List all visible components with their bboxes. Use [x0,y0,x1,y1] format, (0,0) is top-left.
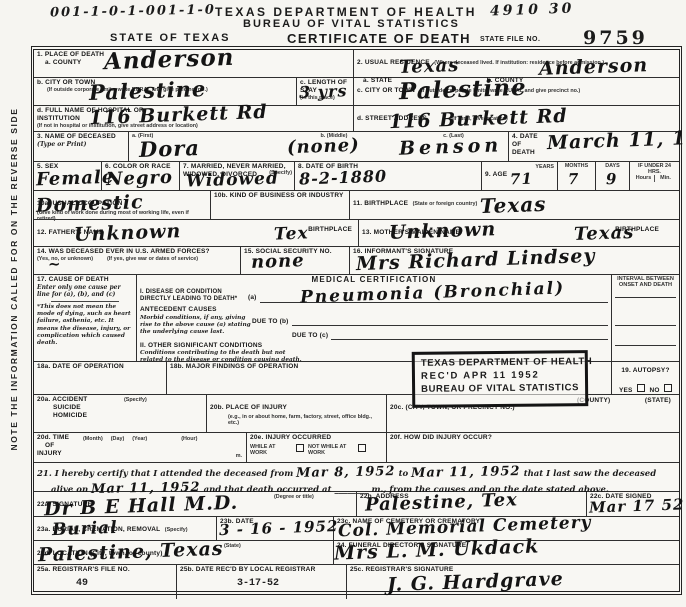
accident-specify-note: (Specify) [124,397,147,403]
place-of-death-block: 1. PLACE OF DEATH a. COUNTY Anderson b. … [34,50,354,132]
line-a-tag: (a) [248,294,257,302]
stamp-line-3: BUREAU OF VITAL STATISTICS [421,382,581,396]
how-injury-occurred-label: 20f. HOW DID INJURY OCCUR? [390,434,676,442]
age-months-value: 7 [568,170,580,188]
father-birthplace-label: BIRTHPLACE [308,226,352,234]
due-to-b-blank [292,317,608,326]
usual-residence-block: 2. USUAL RESIDENCE (Where deceased lived… [354,50,679,132]
age-days-label: DAYS [599,163,626,169]
place-of-injury-label: 20b. PLACE OF INJURY [210,404,287,411]
age-years-value: 71 [510,170,533,189]
injury-month-label: (Month) [83,436,103,457]
date-recd-value: 3-17-52 [237,578,279,589]
father-birthplace-value: Tex [274,223,309,244]
time-of-injury-label3: INJURY [37,450,83,458]
registrar-signature-value: J. G. Hardgrave [387,568,564,596]
certify-text-3: that I last saw the deceased [524,469,656,479]
sex-value: Female [36,167,115,191]
last-name-value: Benson [399,134,503,160]
cause-of-death-label: 17. CAUSE OF DEATH [37,276,133,284]
injury-hour-label: (Hour) [181,436,197,457]
autopsy-label: 19. AUTOPSY? [615,367,676,375]
length-of-stay-value: 3 yrs [299,81,348,102]
not-while-at-work-checkbox [358,444,366,452]
county-value: Anderson [104,44,235,76]
autopsy-yes-checkbox [637,384,645,392]
department-title: TEXAS DEPARTMENT OF HEALTH [215,5,477,19]
not-while-at-work-label: NOT WHILE AT WORK [308,444,354,456]
burial-location-state-note: (State) [224,543,241,549]
due-to-c-label: DUE TO (c) [292,332,328,340]
time-of-injury-label2: OF [37,442,83,450]
certify-text-2: to [399,469,409,479]
degree-title-note: (Degree or title) [274,494,314,500]
time-of-injury-label1: 20d. TIME [37,434,83,442]
armed-forces-label: 14. WAS DECEASED EVER IN U.S. ARMED FORC… [37,248,237,256]
other-significant-label: II. OTHER SIGNIFICANT CONDITIONS [140,342,608,350]
interval-line-a [615,297,676,298]
birthplace-value: Texas [480,192,547,218]
birthplace-note: (State or foreign country) [413,201,478,207]
residence-city-value: Palestine [399,74,527,105]
armed-forces-note2: (If yes, give war or dates of service) [107,256,237,262]
date-of-birth-value: 8-2-1880 [299,166,388,188]
age-label: 9. AGE [485,171,507,178]
autopsy-no-checkbox [664,384,672,392]
while-at-work-checkbox [296,444,304,452]
injury-year-label: (Year) [132,436,147,457]
autopsy-no-label: NO [649,387,659,394]
injury-occurred-label: 20e. INJURY OCCURRED [250,434,383,442]
interval-label: INTERVAL BETWEEN ONSET AND DEATH [615,276,676,289]
suicide-label: SUICIDE [37,404,203,412]
burial-value: Burial [52,518,118,540]
age-years-label: YEARS [535,164,554,170]
color-race-value: Negro [106,167,174,190]
age-days-value: 9 [606,170,618,188]
due-to-b-label: DUE TO (b) [252,318,289,326]
armed-forces-value: ~ [48,255,62,273]
state-file-no-label: STATE FILE NO. [480,36,540,43]
while-at-work-label: WHILE AT WORK [250,444,292,456]
father-name-value: Unknown [74,220,182,246]
city-value: Palestine [89,76,207,105]
certificate-title: CERTIFICATE OF DEATH [287,31,471,46]
business-industry-label: 10b. KIND OF BUSINESS OR INDUSTRY [214,192,346,200]
age-months-label: MONTHS [561,163,592,169]
cause-of-death-note1: Enter only one cause per line for (a), (… [37,284,133,299]
marital-value: Widowed [186,168,279,191]
cause-of-death-note2: *This does not mean the mode of dying, s… [37,304,133,347]
date-of-death-label: 4. DATE OF DEATH [512,133,546,156]
injury-m-label: m. [236,453,242,459]
middle-name-value: (none) [287,135,360,159]
injury-day-label: (Day) [111,436,124,457]
birthplace-label: 11. BIRTHPLACE [353,200,408,207]
state-of-texas: STATE OF TEXAS [110,32,231,44]
homicide-label: HOMICIDE [37,412,203,420]
disease-condition-label1: I. DISEASE OR CONDITION [140,289,248,296]
bureau-title: BUREAU OF VITAL STATISTICS [243,18,460,30]
first-name-value: Dora [139,135,201,162]
name-of-deceased-title: 3. NAME OF DECEASED [37,133,125,141]
certificate-header: 001-1-0-1-001-1-0 TEXAS DEPARTMENT OF HE… [0,0,686,46]
interval-line-c [615,345,676,346]
registrar-file-no-label: 25a. REGISTRAR'S FILE NO. [37,566,173,574]
type-or-print-note: (Type or Print) [37,141,125,149]
disease-condition-label2: DIRECTLY LEADING TO DEATH* [140,296,248,303]
handwritten-code: 001-1-0-1-001-1-0 [50,3,216,21]
morbid-note: Morbid conditions, if any, giving rise t… [140,315,252,340]
attended-to-date: Mar 11, 1952 [411,464,521,481]
attended-from-date: Mar 8, 1952 [296,464,396,481]
physician-address-value: Palestine, Tex [365,489,519,515]
residence-state-value: Texas [399,55,460,78]
interval-line-b [615,325,676,326]
reverse-side-note: NOTE THE INFORMATION CALLED FOR ON THE R… [9,59,19,499]
date-of-operation-label: 18a. DATE OF OPERATION [37,363,163,371]
burial-date-value: 3 - 16 - 1952 [219,517,339,539]
line-a-blank: Pneumonia (Bronchial) [260,291,608,303]
divider [51,301,119,302]
street-address-value: 116 Burkett Rd [389,105,568,133]
certify-text-1: 21. I hereby certify that I attended the… [37,469,293,479]
antecedent-causes-label: ANTECEDENT CAUSES [140,306,608,314]
mother-name-value: Unknown [389,218,497,244]
accident-label: 20a. ACCIDENT [37,396,203,404]
hours-label: Hours [633,175,655,181]
occupation-value: Domestic [36,191,144,217]
burial-specify-note: (Specify) [165,527,188,533]
min-label: Min. [655,175,676,181]
burial-location-value: Palestine, Texas [38,538,224,566]
due-to-c-blank [331,331,608,340]
registrar-file-no-value: 49 [76,578,88,589]
certificate-form: 1. PLACE OF DEATH a. COUNTY Anderson b. … [31,46,682,595]
under-24-label: IF UNDER 24 HRS. [633,163,676,175]
date-signed-value: Mar 17 52 [589,495,685,516]
autopsy-yes-label: YES [619,387,633,394]
handwritten-number: 4910 30 [490,1,575,20]
ssn-value: none [251,250,305,273]
stamp-line-1: TEXAS DEPARTMENT OF HEALTH [421,356,581,370]
date-recd-label: 25b. DATE REC'D BY LOCAL REGISTRAR [180,566,343,574]
mother-birthplace-value: Texas [574,222,635,245]
injury-state-label: (STATE) [645,397,671,405]
received-stamp: TEXAS DEPARTMENT OF HEALTH REC'D APR 11 … [412,350,589,408]
residence-county-value: Anderson [539,54,649,80]
death-certificate-scan: 001-1-0-1-001-1-0 TEXAS DEPARTMENT OF HE… [0,0,686,607]
place-of-injury-note: (e.g., in or about home, farm, factory, … [210,414,383,426]
